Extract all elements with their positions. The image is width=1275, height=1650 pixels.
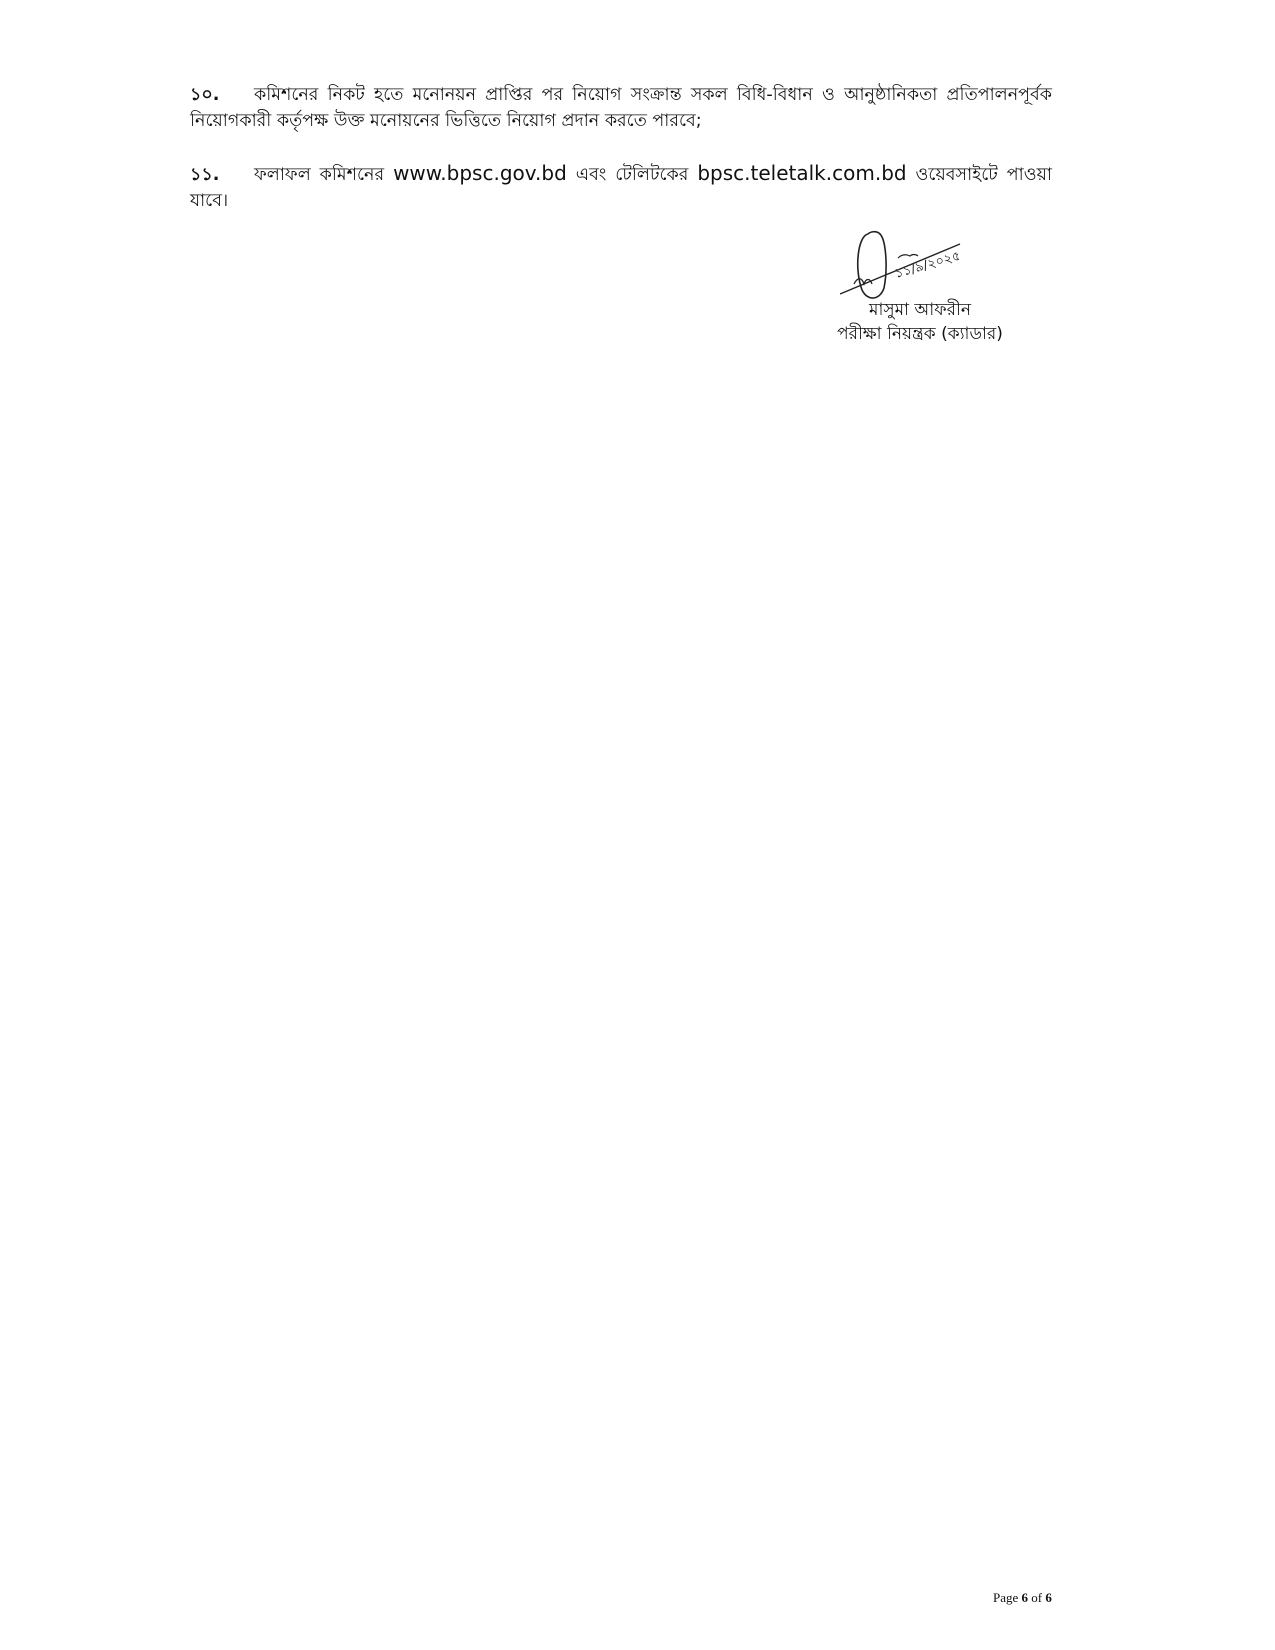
total-pages: 6 [1045,1590,1052,1605]
paragraph-number: ১০. [190,82,254,108]
of-label: of [1031,1590,1042,1605]
paragraph-number: ১১. [190,162,254,188]
handwritten-signature-icon: ১১/৯/২০২৫ [840,228,1000,304]
signature-block: ১১/৯/২০২৫ মাসুমা আফরীন পরীক্ষা নিয়ন্ত্র… [820,228,1020,346]
svg-text:১১/৯/২০২৫: ১১/৯/২০২৫ [893,249,962,282]
page-number-footer: Page 6 of 6 [993,1590,1052,1606]
signatory-name: মাসুমা আফরীন [820,298,1020,322]
current-page: 6 [1022,1590,1029,1605]
paragraph-11: ১১.ফলাফল কমিশনের www.bpsc.gov.bd এবং টেল… [190,160,1052,214]
paragraph-10: ১০.কমিশনের নিকট হতে মনোনয়ন প্রাপ্তির পর… [190,82,1052,134]
page-label: Page [993,1590,1018,1605]
signatory-title: পরীক্ষা নিয়ন্ত্রক (ক্যাডার) [820,322,1020,346]
paragraph-text: কমিশনের নিকট হতে মনোনয়ন প্রাপ্তির পর নি… [190,85,1052,131]
paragraph-text-middle: এবং টেলিটকের [576,165,689,185]
bpsc-website-url: www.bpsc.gov.bd [393,161,567,185]
teletalk-website-url: bpsc.teletalk.com.bd [697,161,906,185]
paragraph-text-before: ফলাফল কমিশনের [254,165,384,185]
